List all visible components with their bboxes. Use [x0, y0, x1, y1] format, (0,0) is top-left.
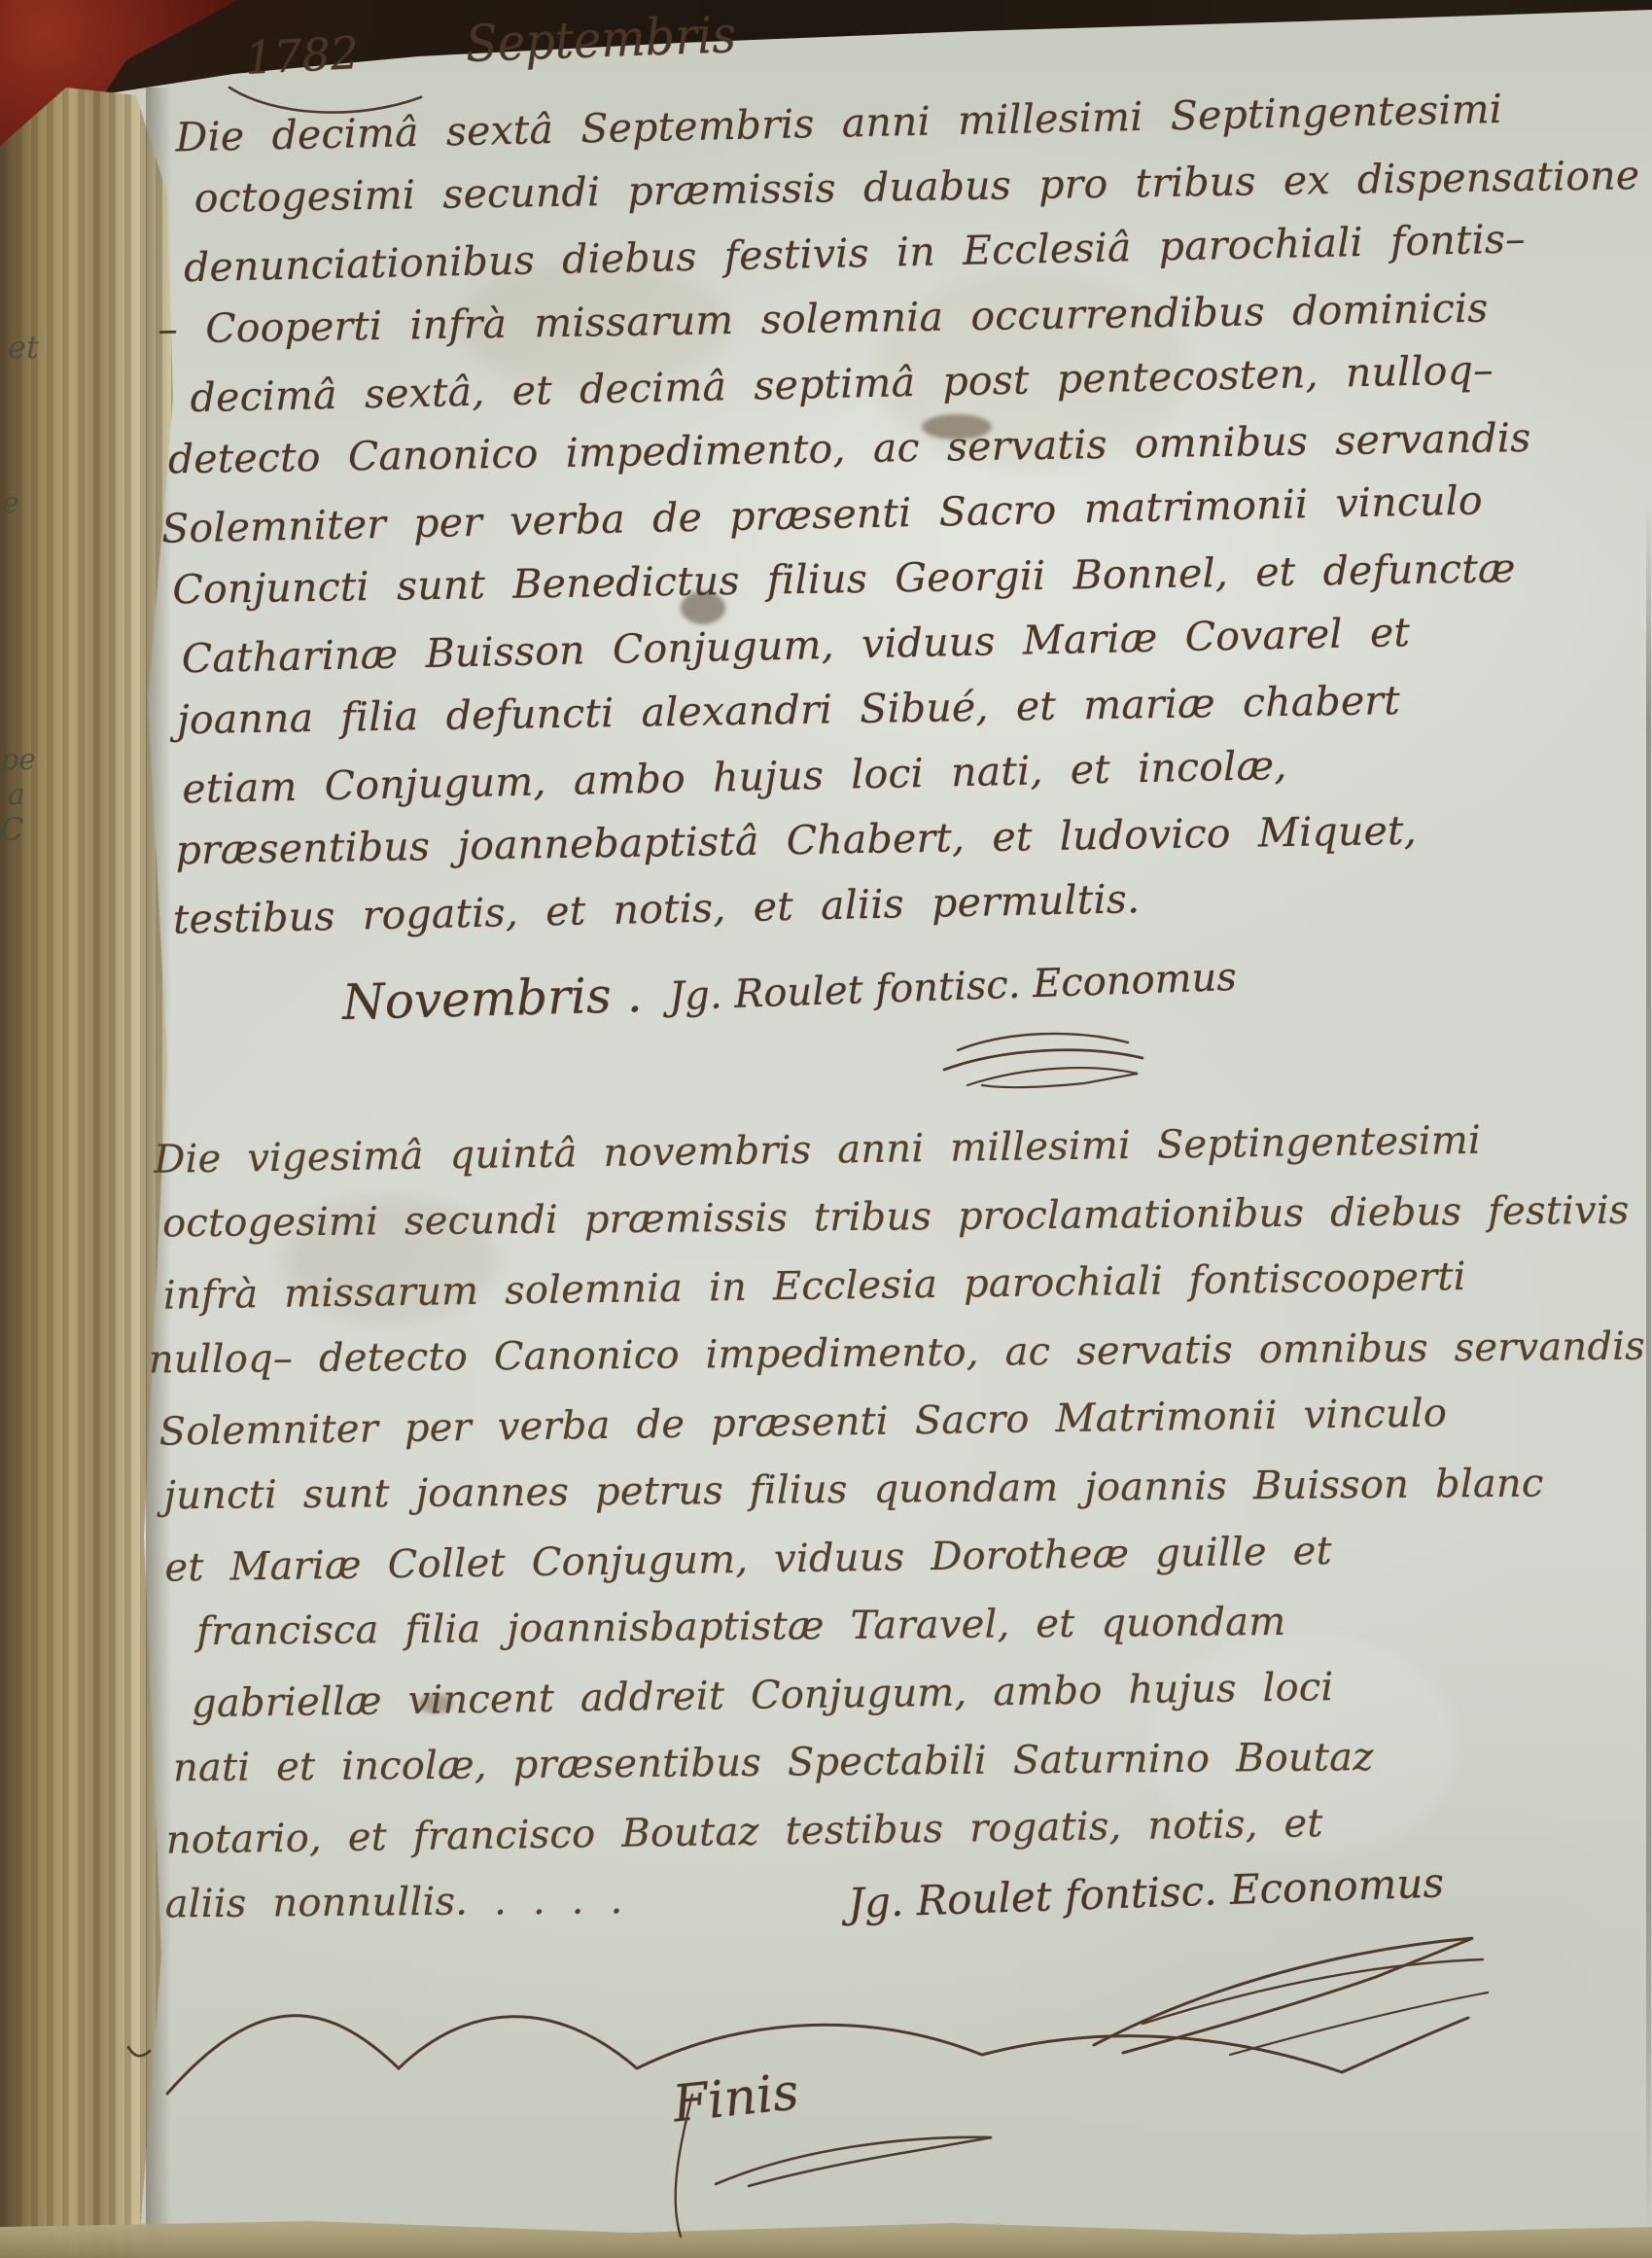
manuscript-photo: et e pe a C 1782 Septembris Die decimâ s…	[0, 0, 1652, 2258]
signature-flourish	[938, 1029, 1162, 1099]
margin-bleed-text: et	[8, 329, 39, 366]
margin-bleed-text: pe	[0, 743, 36, 777]
month-heading-septembris: Septembris	[465, 6, 737, 74]
month-heading-novembris: Novembris .	[341, 967, 643, 1031]
margin-bleed-text: C	[0, 811, 23, 848]
year-label: 1782	[244, 26, 361, 85]
november-entry: Die vigesimâ quintâ novembris anni mille…	[144, 1117, 1652, 1953]
finis-flourish	[622, 2091, 1031, 2246]
margin-bleed-text: e	[2, 486, 19, 520]
september-entry: Die decimâ sextâ Septembris anni millesi…	[154, 85, 1652, 960]
margin-bleed-text: a	[8, 778, 25, 812]
